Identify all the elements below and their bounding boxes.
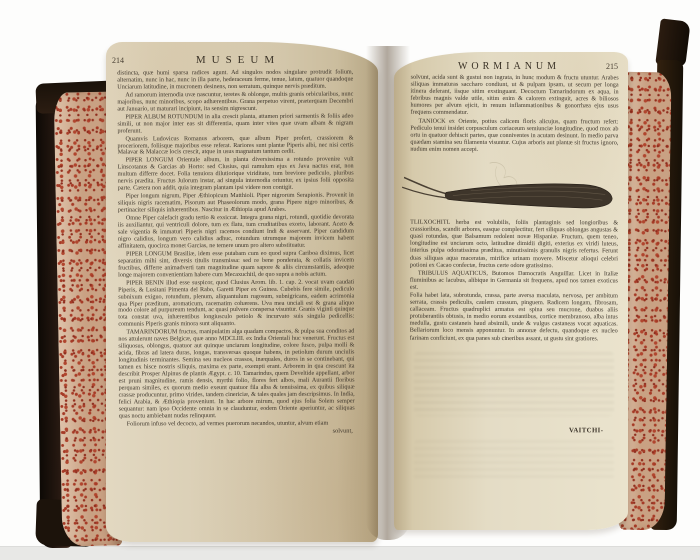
- paragraph: Folia habet lata, subrotunda, crassa, pa…: [410, 293, 618, 343]
- pod-stems: [402, 178, 447, 198]
- right-page: WORMIANUM 215 solvunt, acida sunt & gust…: [394, 52, 628, 530]
- right-page-number: 215: [606, 62, 618, 71]
- right-catchword: VAITCHI-: [409, 426, 617, 434]
- left-catchword: solvunt,: [119, 428, 355, 436]
- paragraph: solvunt, acida sunt & gustui non ingrata…: [410, 75, 618, 118]
- paragraph: distincta, quæ humi sparsa radices agunt…: [117, 70, 353, 92]
- paragraph: Piper longum nigrum, Piper Æthiopicum Ma…: [118, 193, 354, 215]
- left-page-number: 214: [112, 56, 124, 65]
- paragraph: PIPER LONGUM Orientale album, in planta …: [118, 157, 354, 193]
- left-text-block: distincta, quæ humi sparsa radices agunt…: [105, 67, 379, 436]
- open-book-photo: 214 MUSEUM distincta, quæ humi sparsa ra…: [0, 0, 700, 560]
- left-page-header: 214 MUSEUM: [106, 42, 378, 68]
- paragraph: PIPER LONGUM Brasiliæ, idem esse putabam…: [118, 250, 354, 279]
- paragraph: TLILXOCHITL herba est volubilis, foliis …: [410, 220, 618, 270]
- paragraph: TANIOCK ex Oriente, potius calicem flori…: [410, 118, 618, 154]
- paragraph: Omne Piper calefacit gradu tertio & exsi…: [118, 215, 354, 251]
- paragraph: Foliorum infuso vel decocto, ad vermes p…: [119, 420, 355, 428]
- paragraph: Quamvis Ludovicus Romanus arborem, quæ a…: [117, 135, 353, 157]
- paragraph: TRIBULUS AQUATICUS, Butomos Damocratis A…: [410, 270, 618, 292]
- right-page-header: WORMIANUM 215: [394, 52, 628, 74]
- left-page: 214 MUSEUM distincta, quæ humi sparsa ra…: [106, 42, 378, 542]
- vanilla-pod-illustration: [400, 160, 616, 213]
- right-text-block: solvunt, acida sunt & gustui non ingrata…: [393, 74, 628, 435]
- right-running-title: WORMIANUM: [412, 61, 606, 72]
- paragraph: TAMARINDORUM fructus, manipulatim alga q…: [118, 329, 354, 420]
- left-running-title: MUSEUM: [124, 54, 352, 66]
- paragraph: PIPER ALBUM ROTUNDUM in alia crescit pla…: [117, 113, 353, 135]
- paragraph: PIPER BENIN illud esse suspicor, quod Cl…: [118, 279, 354, 329]
- show-through-text-lower: [414, 440, 614, 480]
- background-floor-strip: [0, 546, 700, 560]
- paragraph: Ad ramorum internodia uvæ nascuntur, ter…: [117, 91, 353, 113]
